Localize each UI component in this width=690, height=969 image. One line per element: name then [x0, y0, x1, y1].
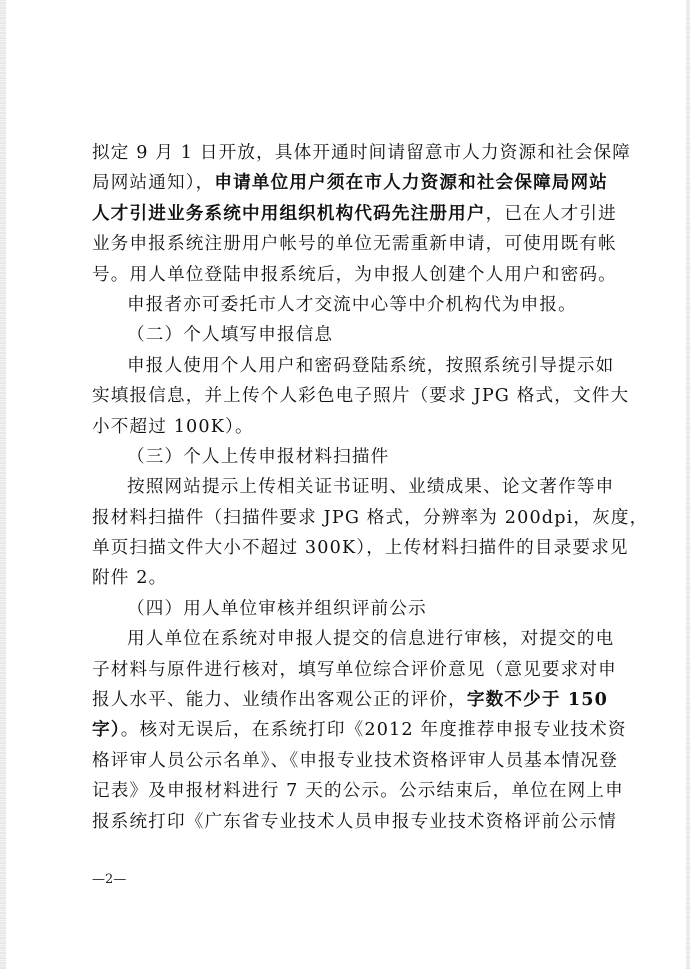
text-segment: 单页扫描文件大小不超过 300K），上传材料扫描件的目录要求见: [92, 538, 629, 558]
text-segment: 格评审人员公示名单》、《申报专业技术资格评审人员基本情况登: [92, 751, 618, 771]
bold-text-segment: 申请单位用户须在市人力资源和社会保障局网站: [214, 172, 608, 193]
text-segment: （四）用人单位审核并组织评前公示: [127, 599, 427, 619]
text-line: 业务申报系统注册用户帐号的单位无需重新申请，可使用既有帐: [92, 229, 608, 259]
text-segment: 申报人使用个人用户和密码登陆系统，按照系统引导提示如: [127, 356, 614, 376]
text-line: 人才引进业务系统中用组织机构代码先注册用户，已在人才引进: [92, 199, 608, 229]
text-line: 拟定 9 月 1 日开放，具体开通时间请留意市人力资源和社会保障: [92, 138, 608, 168]
text-segment: 申报者亦可委托市人才交流中心等中介机构代为申报。: [127, 295, 577, 315]
text-segment: 附件 2。: [92, 568, 167, 588]
text-segment: 子材料与原件进行核对，填写单位综合评价意见（意见要求对申: [92, 660, 617, 680]
bold-text-segment: 字数不少于 150: [467, 689, 608, 710]
text-segment: 记表》及申报材料进行 7 天的公示。公示结束后，单位在网上申: [92, 781, 624, 801]
text-line: 报人水平、能力、业绩作出客观公正的评价，字数不少于 150: [92, 685, 608, 715]
text-segment: 小不超过 100K）。: [92, 417, 254, 437]
text-line: 子材料与原件进行核对，填写单位综合评价意见（意见要求对申: [92, 655, 608, 685]
text-line: 实填报信息，并上传个人彩色电子照片（要求 JPG 格式，文件大: [92, 381, 608, 411]
text-segment: 按照网站提示上传相关证书证明、业绩成果、论文著作等申: [127, 477, 614, 497]
text-segment: 用人单位在系统对申报人提交的信息进行审核，对提交的电: [127, 629, 614, 649]
document-body: 拟定 9 月 1 日开放，具体开通时间请留意市人力资源和社会保障局网站通知），申…: [92, 138, 608, 837]
text-segment: 。核对无误后，在系统打印《2012 年度推荐申报专业技术资: [121, 720, 627, 740]
bold-text-segment: 人才引进业务系统中用组织机构代码先注册用户: [92, 203, 486, 224]
text-line: （三）个人上传申报材料扫描件: [92, 442, 608, 472]
text-line: 报材料扫描件（扫描件要求 JPG 格式，分辨率为 200dpi，灰度，: [92, 503, 608, 533]
text-segment: 号。用人单位登陆申报系统后，为申报人创建个人用户和密码。: [92, 265, 617, 285]
text-line: 字）。核对无误后，在系统打印《2012 年度推荐申报专业技术资: [92, 715, 608, 745]
text-line: 按照网站提示上传相关证书证明、业绩成果、论文著作等申: [92, 472, 608, 502]
text-segment: 局网站通知），: [92, 173, 214, 193]
text-line: 单页扫描文件大小不超过 300K），上传材料扫描件的目录要求见: [92, 533, 608, 563]
text-line: （二）个人填写申报信息: [92, 320, 608, 350]
text-line: 格评审人员公示名单》、《申报专业技术资格评审人员基本情况登: [92, 746, 608, 776]
text-line: 报系统打印《广东省专业技术人员申报专业技术资格评前公示情: [92, 807, 608, 837]
text-line: 用人单位在系统对申报人提交的信息进行审核，对提交的电: [92, 624, 608, 654]
text-line: （四）用人单位审核并组织评前公示: [92, 594, 608, 624]
text-segment: 业务申报系统注册用户帐号的单位无需重新申请，可使用既有帐: [92, 234, 617, 254]
scan-edge-left: [0, 0, 6, 969]
text-segment: 拟定 9 月 1 日开放，具体开通时间请留意市人力资源和社会保障: [92, 143, 631, 163]
bold-text-segment: 字）: [92, 719, 121, 740]
text-segment: 报人水平、能力、业绩作出客观公正的评价，: [92, 690, 467, 710]
text-line: 申报者亦可委托市人才交流中心等中介机构代为申报。: [92, 290, 608, 320]
text-segment: （三）个人上传申报材料扫描件: [127, 447, 389, 467]
text-line: 附件 2。: [92, 563, 608, 593]
text-segment: 报材料扫描件（扫描件要求 JPG 格式，分辨率为 200dpi，灰度，: [92, 508, 648, 528]
text-segment: 报系统打印《广东省专业技术人员申报专业技术资格评前公示情: [92, 812, 617, 832]
page-number: —2—: [92, 872, 126, 887]
text-line: 记表》及申报材料进行 7 天的公示。公示结束后，单位在网上申: [92, 776, 608, 806]
text-segment: ，已在人才引进: [486, 204, 617, 224]
text-line: 局网站通知），申请单位用户须在市人力资源和社会保障局网站: [92, 168, 608, 198]
scan-edge-right: [686, 0, 690, 969]
text-line: 申报人使用个人用户和密码登陆系统，按照系统引导提示如: [92, 351, 608, 381]
text-line: 号。用人单位登陆申报系统后，为申报人创建个人用户和密码。: [92, 260, 608, 290]
text-segment: 实填报信息，并上传个人彩色电子照片（要求 JPG 格式，文件大: [92, 386, 629, 406]
text-segment: （二）个人填写申报信息: [127, 325, 333, 345]
text-line: 小不超过 100K）。: [92, 412, 608, 442]
